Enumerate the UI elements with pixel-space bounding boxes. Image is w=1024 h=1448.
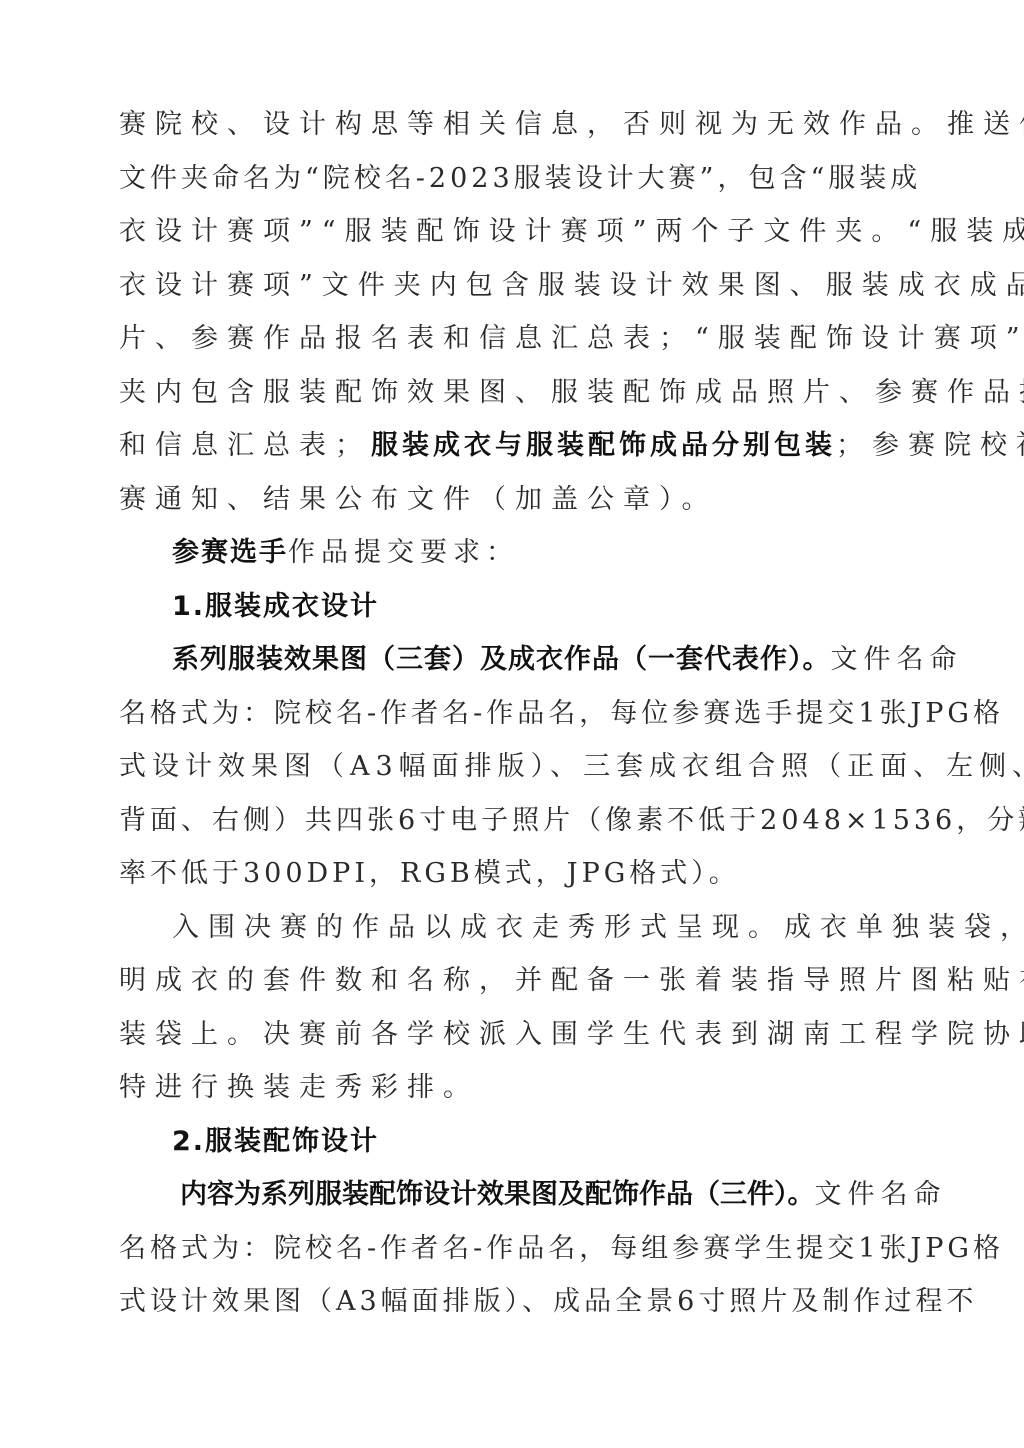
- paragraph-line: 率不低于300DPI，RGB模式，JPG格式）。: [119, 847, 885, 901]
- paragraph-line: 和信息汇总表；服装成衣与服装配饰成品分别包装；参赛院校初: [119, 419, 885, 473]
- section-lead-line: 系列服装效果图（三套）及成衣作品（一套代表作）。文件名命: [119, 633, 885, 687]
- paragraph-line: 装袋上。决赛前各学校派入围学生代表到湖南工程学院协助模: [119, 1008, 885, 1062]
- paragraph-line: 衣设计赛项”“服装配饰设计赛项”两个子文件夹。“服装成: [119, 205, 885, 259]
- document-page: 赛院校、设计构思等相关信息，否则视为无效作品。推送作品 文件夹命名为“院校名-2…: [119, 98, 885, 1329]
- text-emphasis: 内容为系列服装配饰设计效果图及配饰作品（三件）。: [180, 1179, 815, 1210]
- paragraph-line: 名格式为：院校名-作者名-作品名，每位参赛选手提交1张JPG格: [119, 687, 885, 741]
- paragraph-line: 赛院校、设计构思等相关信息，否则视为无效作品。推送作品: [119, 98, 885, 152]
- section-heading: 2.服装配饰设计: [119, 1115, 885, 1169]
- paragraph-line: 衣设计赛项”文件夹内包含服装设计效果图、服装成衣成品照: [119, 259, 885, 313]
- paragraph-line: 特进行换装走秀彩排。: [119, 1061, 885, 1115]
- section-lead-line: 内容为系列服装配饰设计效果图及配饰作品（三件）。文件名命: [119, 1168, 885, 1222]
- text-normal: 文件名命: [831, 644, 963, 675]
- paragraph-line: 式设计效果图（A3幅面排版）、三套成衣组合照（正面、左侧、: [119, 740, 885, 794]
- paragraph-line: 明成衣的套件数和名称，并配备一张着装指导照片图粘贴在包: [119, 954, 885, 1008]
- submission-requirements-label: 参赛选手作品提交要求：: [119, 526, 885, 580]
- text-emphasis: 系列服装效果图（三套）及成衣作品（一套代表作）。: [172, 644, 831, 675]
- text-normal: 文件名命: [815, 1179, 947, 1210]
- paragraph-line: 赛通知、结果公布文件（加盖公章）。: [119, 473, 885, 527]
- paragraph-line: 文件夹命名为“院校名-2023服装设计大赛”，包含“服装成: [119, 152, 885, 206]
- text-emphasis: 服装成衣与服装配饰成品分别包装: [371, 430, 836, 461]
- paragraph-line: 片、参赛作品报名表和信息汇总表；“服装配饰设计赛项”文件: [119, 312, 885, 366]
- paragraph-line: 背面、右侧）共四张6寸电子照片（像素不低于2048×1536，分辨: [119, 794, 885, 848]
- text-emphasis: 参赛选手: [172, 537, 288, 568]
- paragraph-line: 夹内包含服装配饰效果图、服装配饰成品照片、参赛作品报名表: [119, 366, 885, 420]
- text-normal: 和信息汇总表；: [119, 430, 371, 461]
- section-heading: 1.服装成衣设计: [119, 580, 885, 634]
- paragraph-line: 名格式为：院校名-作者名-作品名，每组参赛学生提交1张JPG格: [119, 1222, 885, 1276]
- text-normal: ；参赛院校初: [836, 430, 1024, 461]
- text-normal: 作品提交要求：: [288, 537, 519, 568]
- paragraph-line: 入围决赛的作品以成衣走秀形式呈现。成衣单独装袋，注: [119, 901, 885, 955]
- paragraph-line: 式设计效果图（A3幅面排版）、成品全景6寸照片及制作过程不: [119, 1275, 885, 1329]
